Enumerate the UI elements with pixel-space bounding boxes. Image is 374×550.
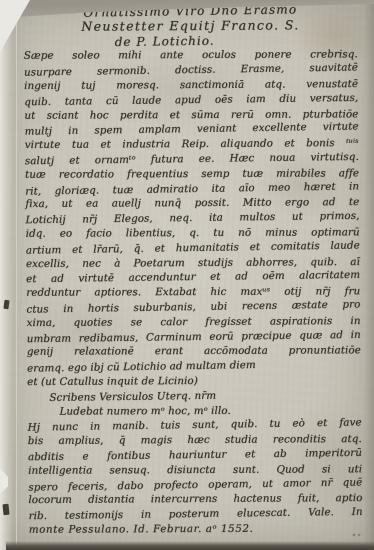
left-edge-fold [0,0,17,550]
manuscript-text: Ornatissimo Viro Dn̄o ErasmoNeustetter E… [23,2,363,538]
ink-speck [352,533,362,537]
date-line: monte Pessulano. Id. Februar. aᵒ 1552. [29,521,363,537]
left-edge-nick [2,504,9,516]
bottom-edge-shadow [6,541,374,550]
right-edge-shade [364,0,374,550]
page-scan: Ornatissimo Viro Dn̄o ErasmoNeustetter E… [0,0,374,550]
